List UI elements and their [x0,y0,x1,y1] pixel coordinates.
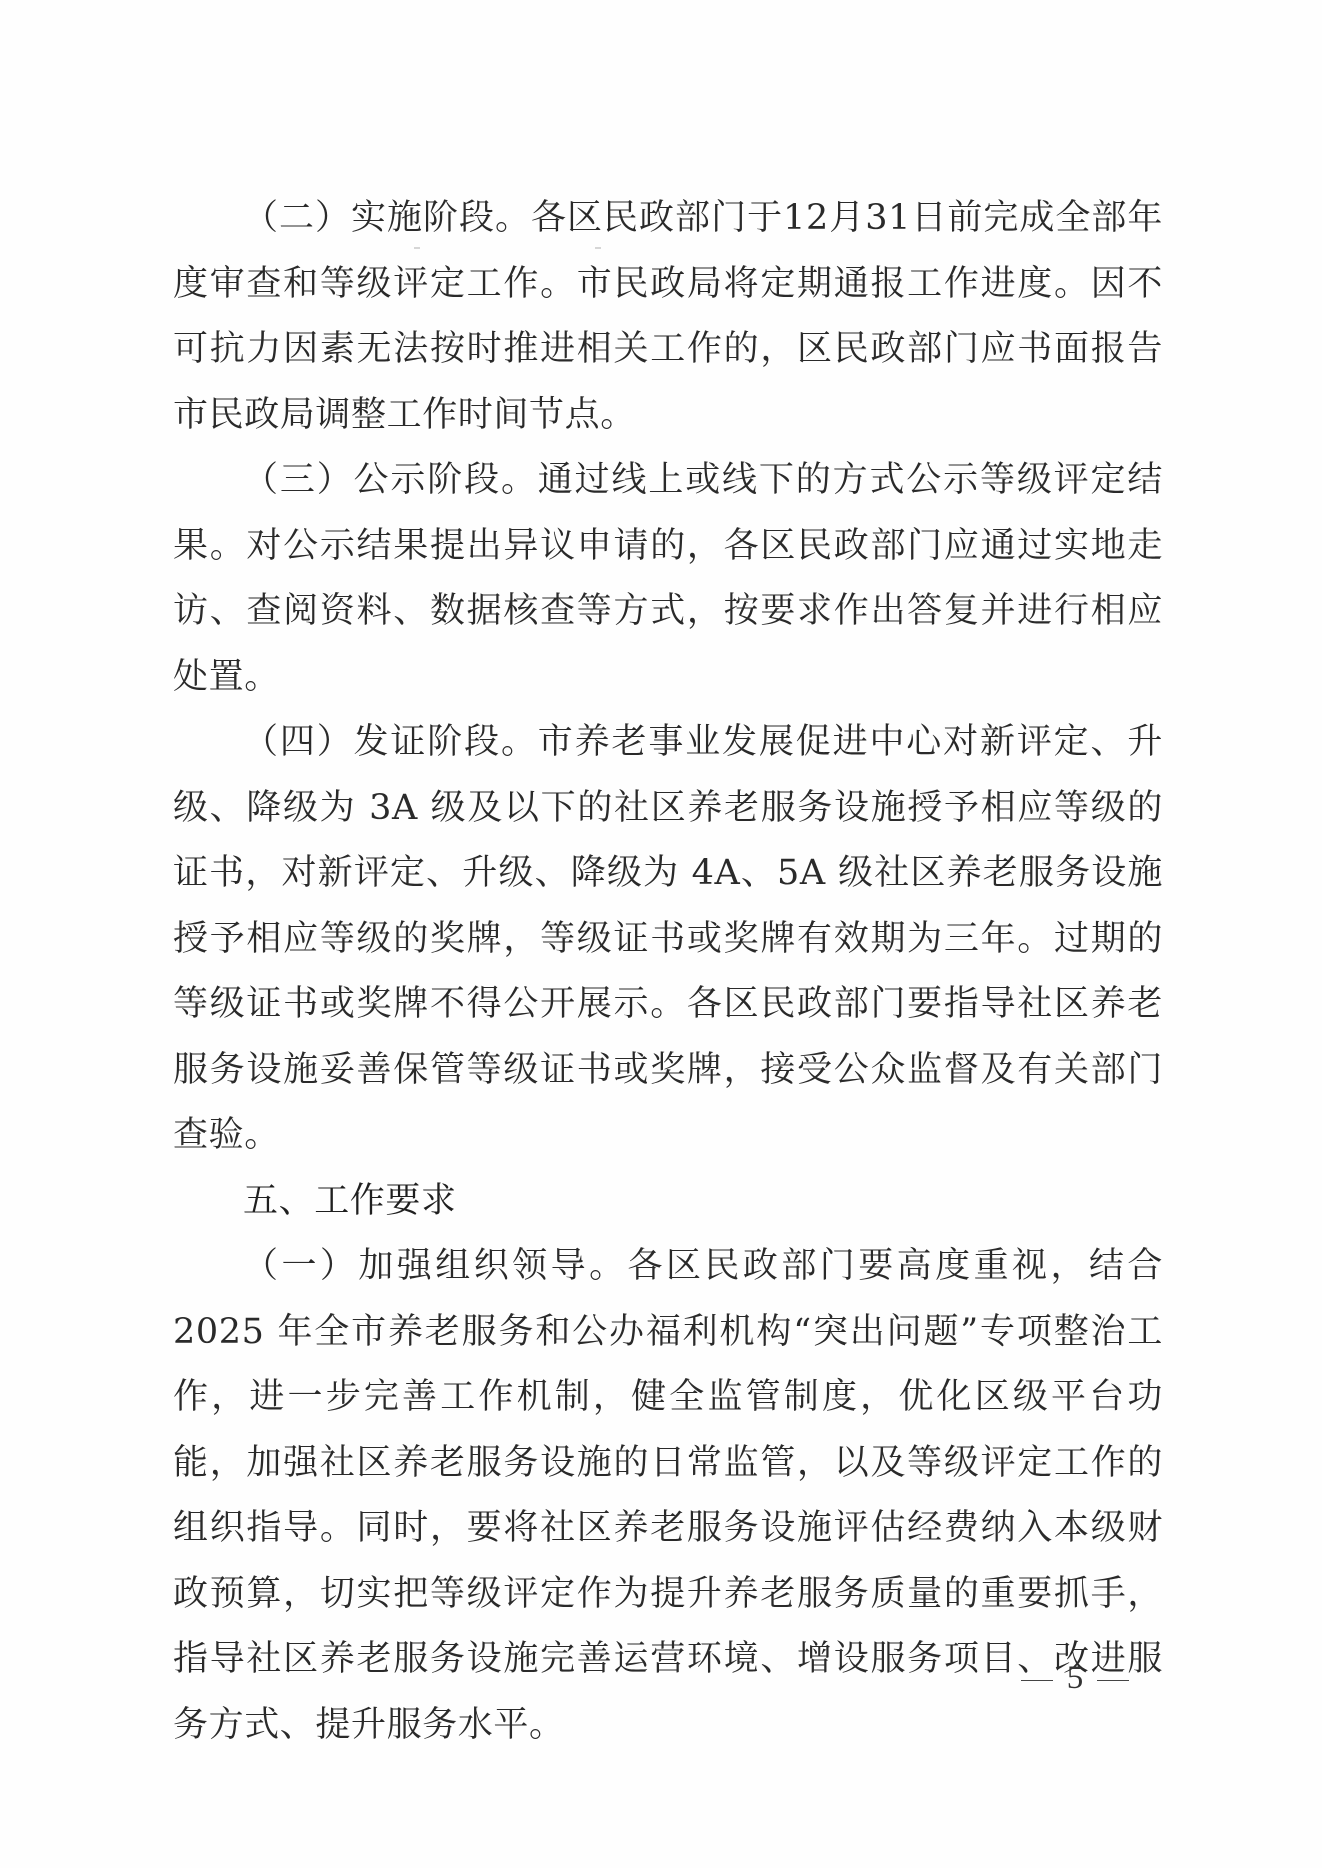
em-dash-left [1021,1680,1053,1681]
page-number: 5 [1067,1660,1084,1696]
paragraph-publicity-stage: （三）公示阶段。通过线上或线下的方式公示等级评定结果。对公示结果提出异议申请的，… [173,448,1163,710]
document-body: （二）实施阶段。各区民政部门于12月31日前完成全部年度审查和等级评定工作。市民… [173,186,1163,1758]
page-footer: 5 [1000,1660,1150,1697]
em-dash-right [1097,1680,1129,1681]
document-page: （二）实施阶段。各区民政部门于12月31日前完成全部年度审查和等级评定工作。市民… [0,0,1322,1868]
section-heading-work-requirements: 五、工作要求 [173,1169,1163,1235]
paragraph-implementation-stage: （二）实施阶段。各区民政部门于12月31日前完成全部年度审查和等级评定工作。市民… [173,186,1163,448]
paragraph-certification-stage: （四）发证阶段。市养老事业发展促进中心对新评定、升级、降级为 3A 级及以下的社… [173,710,1163,1169]
